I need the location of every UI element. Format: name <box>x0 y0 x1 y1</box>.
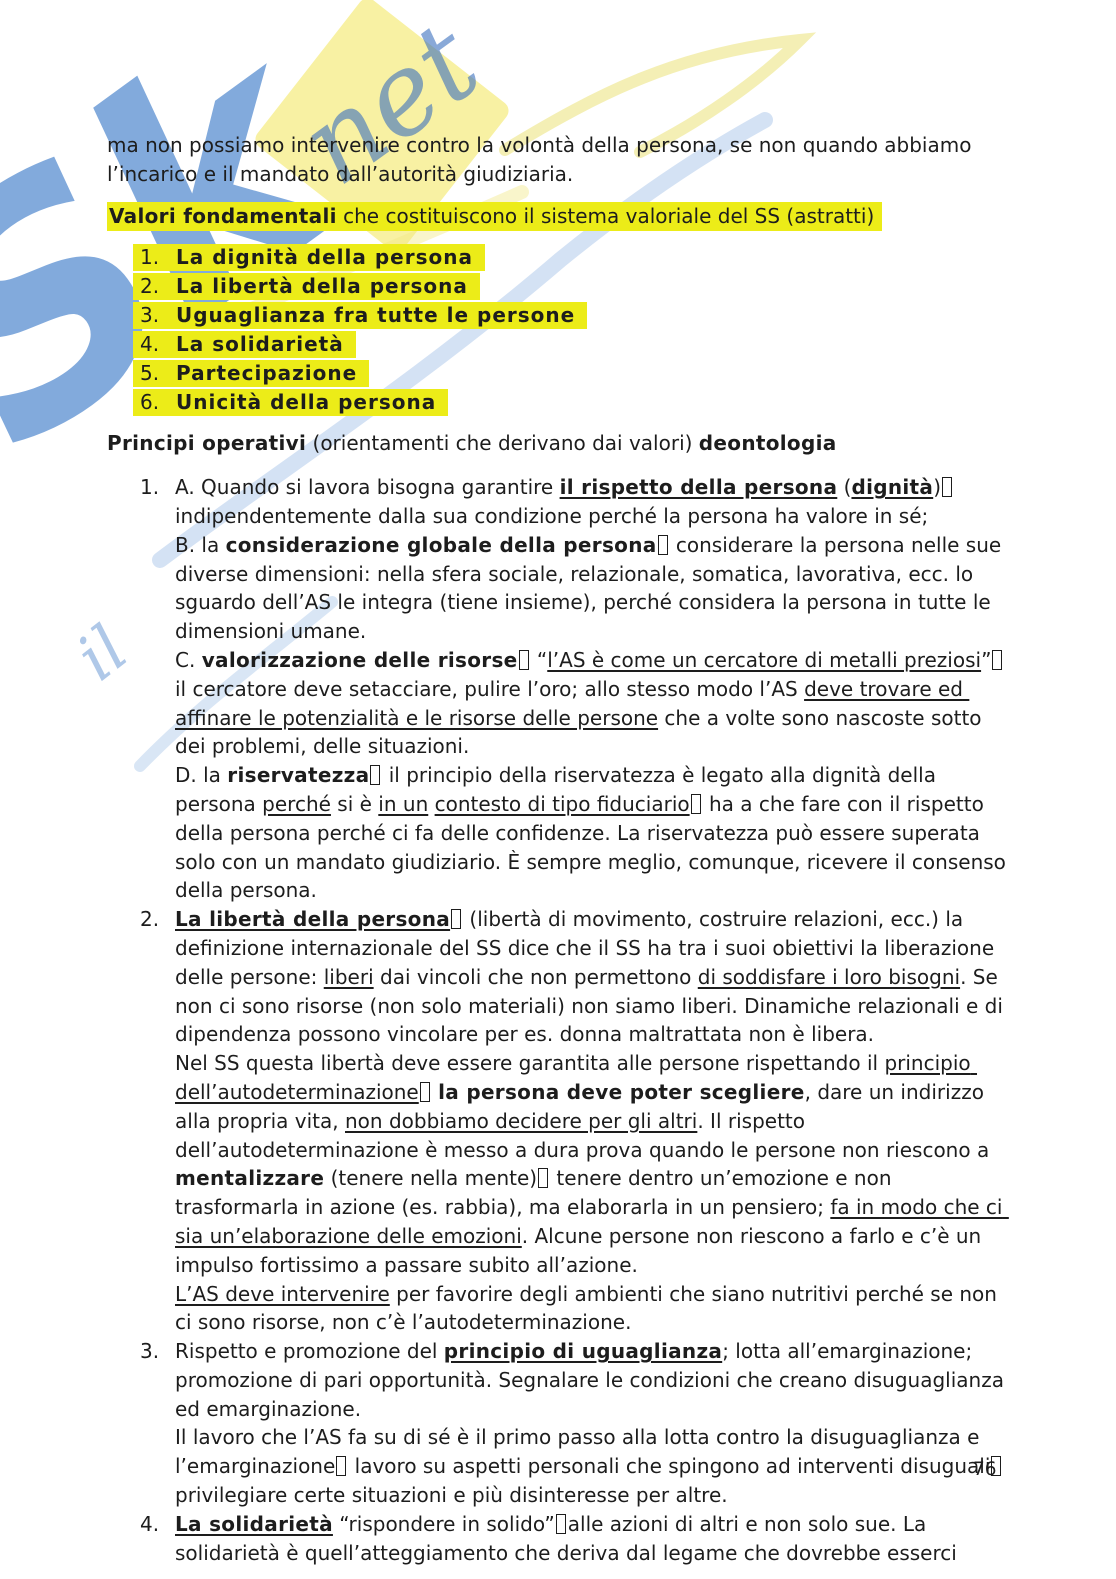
list-item-label: La dignità della persona <box>176 245 473 269</box>
missing-glyph-box <box>658 535 668 555</box>
list-item-text: La libertà della persona (libertà di mov… <box>175 905 1007 1337</box>
missing-glyph-box <box>370 765 380 785</box>
list-number: 6. <box>140 390 176 414</box>
list-number: 1. <box>140 473 159 502</box>
valori-item-5: 5.Partecipazione <box>107 360 1007 387</box>
missing-glyph-box <box>538 1168 548 1188</box>
valori-item-1: 1.La dignità della persona <box>107 244 1007 271</box>
list-item-text: La solidarietà “rispondere in solido”all… <box>175 1510 1007 1568</box>
valori-list: 1.La dignità della persona 2.La libertà … <box>107 244 1007 416</box>
list-number: 4. <box>140 332 176 356</box>
list-item-label: La solidarietà <box>176 332 344 356</box>
list-item-label: Partecipazione <box>176 361 357 385</box>
document-body: ma non possiamo intervenire contro la vo… <box>0 0 1116 1567</box>
missing-glyph-box <box>942 477 952 497</box>
missing-glyph-box <box>336 1456 346 1476</box>
missing-glyph-box <box>992 650 1002 670</box>
list-item-text: A. Quando si lavora bisogna garantire il… <box>175 473 1007 905</box>
heading-valori-fondamentali: Valori fondamentali che costituiscono il… <box>107 202 1007 231</box>
document-page: Sk net il ma non possiamo intervenire co… <box>0 0 1116 1579</box>
principio-item-4: 4.La solidarietà “rispondere in solido”a… <box>107 1510 1007 1568</box>
missing-glyph-box <box>420 1082 430 1102</box>
valori-item-4: 4.La solidarietà <box>107 331 1007 358</box>
principio-item-3: 3.Rispetto e promozione del principio di… <box>107 1337 1007 1510</box>
page-number: 76 <box>973 1459 997 1480</box>
list-number: 4. <box>140 1510 159 1539</box>
list-number: 1. <box>140 245 176 269</box>
paragraph-intro: ma non possiamo intervenire contro la vo… <box>107 131 1012 189</box>
list-number: 2. <box>140 905 159 934</box>
missing-glyph-box <box>556 1514 566 1534</box>
valori-item-3: 3.Uguaglianza fra tutte le persone <box>107 302 1007 329</box>
list-item-label: La libertà della persona <box>176 274 468 298</box>
list-number: 3. <box>140 303 176 327</box>
highlighted-heading-text: Valori fondamentali che costituiscono il… <box>107 202 882 231</box>
principi-list: 1.A. Quando si lavora bisogna garantire … <box>107 473 1007 1567</box>
list-number: 5. <box>140 361 176 385</box>
principio-item-1: 1.A. Quando si lavora bisogna garantire … <box>107 473 1007 905</box>
list-number: 3. <box>140 1337 159 1366</box>
valori-item-2: 2.La libertà della persona <box>107 273 1007 300</box>
list-item-label: Unicità della persona <box>176 390 436 414</box>
principio-item-2: 2.La libertà della persona (libertà di m… <box>107 905 1007 1337</box>
missing-glyph-box <box>691 794 701 814</box>
missing-glyph-box <box>519 650 529 670</box>
list-item-text: Rispetto e promozione del principio di u… <box>175 1337 1007 1510</box>
list-item-label: Uguaglianza fra tutte le persone <box>176 303 575 327</box>
heading-principi-operativi: Principi operativi (orientamenti che der… <box>107 429 1007 458</box>
list-number: 2. <box>140 274 176 298</box>
valori-item-6: 6.Unicità della persona <box>107 389 1007 416</box>
missing-glyph-box <box>451 909 461 929</box>
